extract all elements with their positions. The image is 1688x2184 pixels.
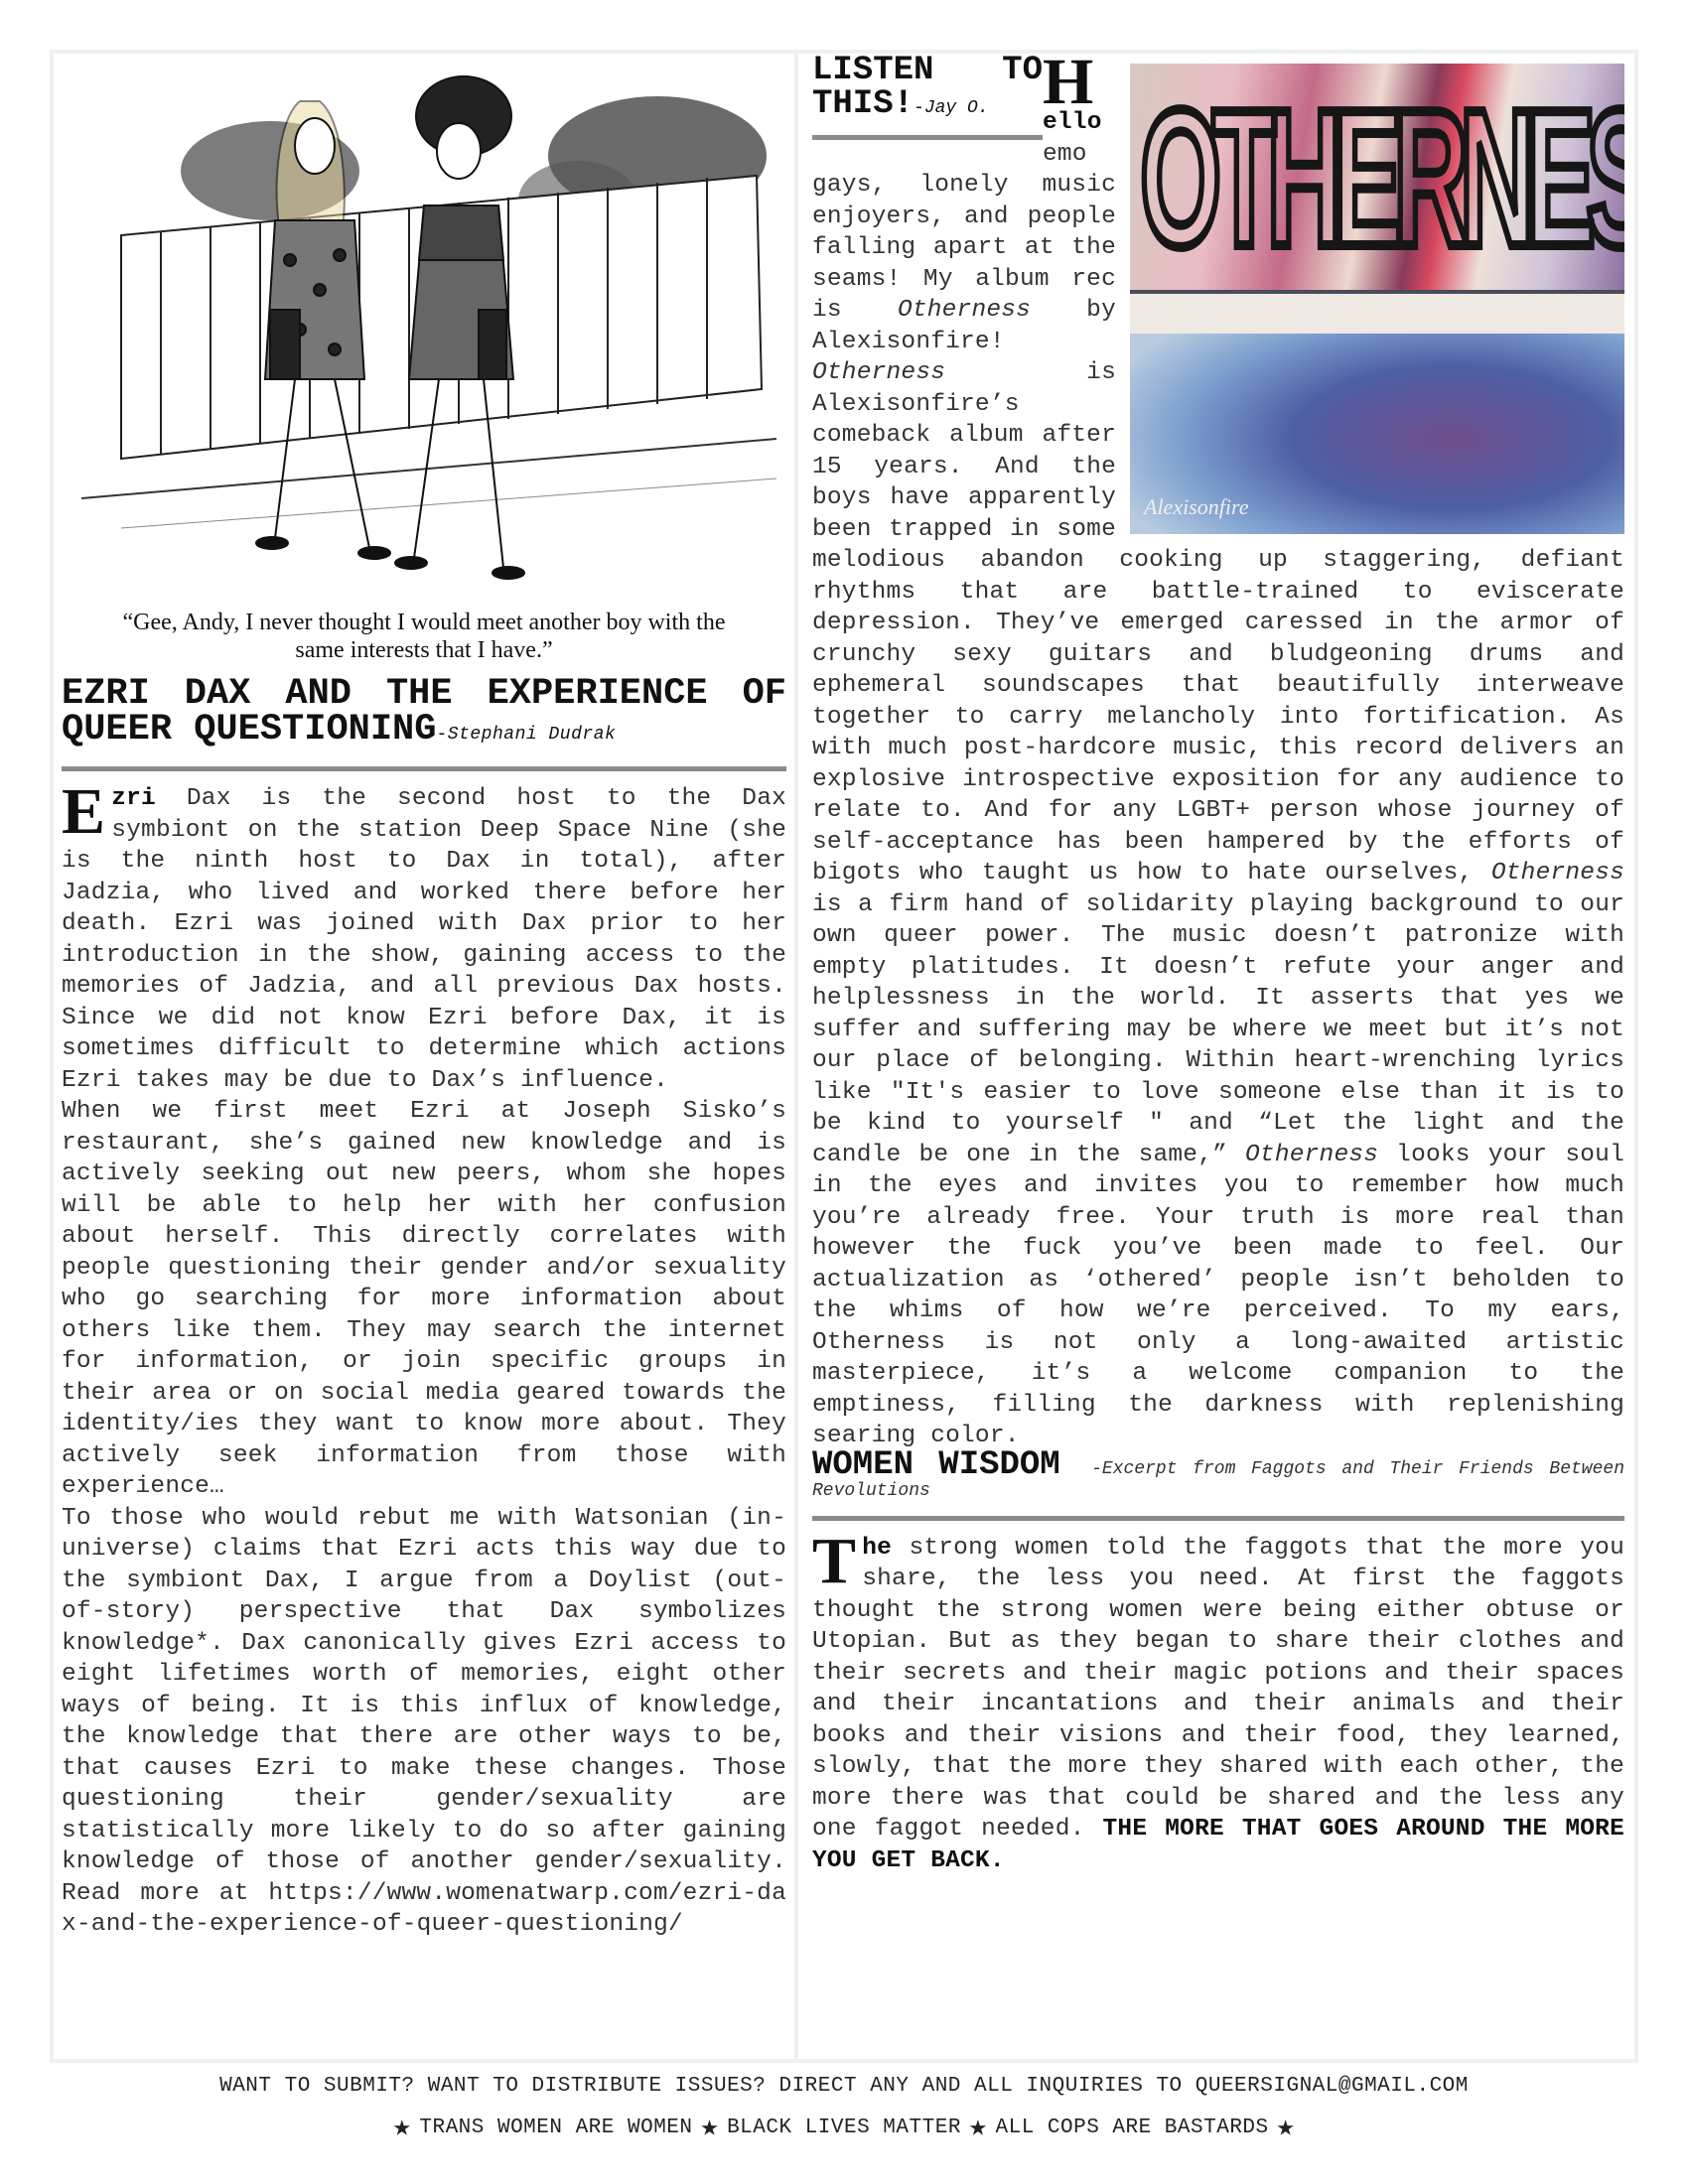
section-rule: [62, 766, 786, 771]
text-run: strong women told the faggots that the m…: [812, 1535, 1624, 1843]
listen-title: LISTEN TO THIS!-Jay O.: [812, 54, 1043, 125]
paragraph-text: To those who would rebut me with Watsoni…: [62, 1505, 786, 1907]
text-run: looks your soul in the eyes and invites …: [812, 1142, 1624, 1450]
paragraph-text: Dax is the second host to the Dax symbio…: [62, 785, 786, 1094]
slogan: ALL COPS ARE BASTARDS: [995, 2116, 1268, 2139]
listen-to-this-section: OTHERNESS Alexisonfire LISTEN TO THIS!-J…: [812, 54, 1624, 1452]
column-divider: [794, 50, 798, 2063]
section-rule: [812, 1516, 1624, 1521]
lead-in: ello: [1043, 109, 1102, 136]
paragraph-3: To those who would rebut me with Watsoni…: [62, 1503, 786, 1941]
album-cover-otherness: OTHERNESS Alexisonfire: [1130, 64, 1624, 534]
album-name: Otherness: [1491, 860, 1624, 887]
album-name: Otherness: [812, 359, 945, 386]
drop-cap: T: [812, 1537, 856, 1586]
cartoon-caption: “Gee, Andy, I never thought I would meet…: [62, 609, 786, 664]
section-rule: [812, 135, 1043, 140]
ezri-article-body: Ezri Dax is the second host to the Dax s…: [62, 783, 786, 1941]
album-art-strip: [1130, 294, 1624, 334]
star-icon: ★: [969, 2112, 988, 2145]
article-title-text: EZRI DAX AND THE EXPERIENCE OF QUEER QUE…: [62, 673, 786, 751]
submission-info: WANT TO SUBMIT? WANT TO DISTRIBUTE ISSUE…: [0, 2075, 1688, 2098]
slogan: TRANS WOMEN ARE WOMEN: [419, 2116, 692, 2139]
paragraph-1: Ezri Dax is the second host to the Dax s…: [62, 783, 786, 1096]
album-cover-artist: Alexisonfire: [1144, 494, 1249, 520]
lead-in: he: [862, 1535, 892, 1562]
album-cover-title: OTHERNESS: [1140, 69, 1397, 288]
article-title-ezri-dax: EZRI DAX AND THE EXPERIENCE OF QUEER QUE…: [62, 676, 786, 752]
album-name: Otherness: [898, 297, 1031, 324]
drop-cap: H: [1043, 58, 1094, 107]
drop-cap: E: [62, 787, 105, 837]
listen-byline: -Jay O.: [914, 98, 989, 118]
women-wisdom-header: WOMEN WISDOM -Excerpt from Faggots and T…: [812, 1454, 1624, 1502]
right-column: OTHERNESS Alexisonfire LISTEN TO THIS!-J…: [812, 54, 1624, 1876]
text-run: is a firm hand of solidarity playing bac…: [812, 891, 1624, 1168]
star-icon: ★: [393, 2112, 412, 2145]
article-byline: -Stephani Dudrak: [436, 725, 616, 745]
star-icon: ★: [701, 2112, 720, 2145]
star-icon: ★: [1277, 2112, 1296, 2145]
paragraph-2: When we first meet Ezri at Joseph Sisko’…: [62, 1096, 786, 1503]
album-name: Otherness: [1245, 1142, 1378, 1168]
slogan: BLACK LIVES MATTER: [727, 2116, 961, 2139]
cartoon-illustration: [62, 62, 786, 603]
women-wisdom-paragraph: The strong women told the faggots that t…: [812, 1533, 1624, 1877]
listen-header: LISTEN TO THIS!-Jay O.: [812, 54, 1043, 152]
cartoon-drawing: [62, 62, 786, 603]
slogans-line: ★TRANS WOMEN ARE WOMEN★BLACK LIVES MATTE…: [0, 2109, 1688, 2145]
lead-in: zri: [111, 785, 156, 812]
women-wisdom-body: The strong women told the faggots that t…: [812, 1533, 1624, 1877]
left-column: “Gee, Andy, I never thought I would meet…: [62, 54, 786, 1941]
